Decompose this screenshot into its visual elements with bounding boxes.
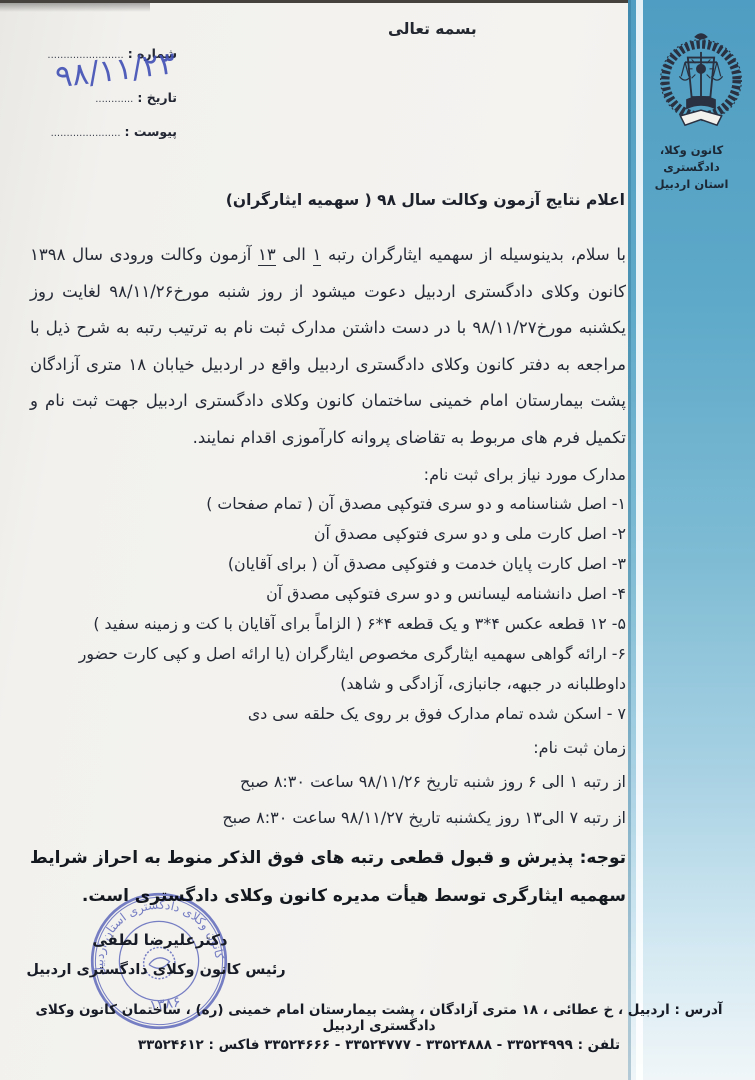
scan-corner-shade — [0, 3, 150, 12]
date-dotted-line: ............ — [95, 94, 133, 105]
intro-paragraph: با سلام، بدینوسیله از سهمیه ایثارگران رت… — [30, 237, 626, 456]
rank-to: ۱۳ — [258, 245, 276, 266]
list-item: ۳- اصل کارت پایان خدمت و فتوکپی مصدق آن … — [30, 549, 626, 579]
scanned-letter-page: کانون وکلا، دادگستری استان اردبیل بسمه ت… — [0, 0, 755, 1080]
footer-phone: تلفن : ۳۳۵۲۴۹۹۹ - ۳۳۵۲۴۸۸۸ - ۳۳۵۲۴۷۷۷ - … — [15, 1037, 743, 1053]
org-name: کانون وکلا، دادگستری استان اردبیل — [630, 142, 753, 193]
org-name-line2: استان اردبیل — [630, 176, 753, 193]
signatory-name: دکترعلیرضا لطفی — [60, 931, 260, 949]
letterhead-side-band: کانون وکلا، دادگستری استان اردبیل — [628, 0, 755, 1080]
date-field: تاریخ : ............ — [95, 90, 177, 105]
org-name-line1: کانون وکلا، دادگستری — [630, 142, 753, 176]
schedule-line: از رتبه ۱ الی ۶ روز شنبه تاریخ ۹۸/۱۱/۲۶ … — [30, 764, 626, 800]
date-label: تاریخ : — [137, 90, 177, 105]
signatory-role: رئیس کانون وکلای دادگستری اردبیل — [12, 962, 300, 978]
list-item: ۱- اصل شناسنامه و دو سری فتوکپی مصدق آن … — [30, 489, 626, 519]
bismillah-heading: بسمه تعالی — [388, 20, 477, 38]
letter-body: با سلام، بدینوسیله از سهمیه ایثارگران رت… — [30, 237, 626, 915]
documents-heading: مدارک مورد نیاز برای ثبت نام: — [30, 461, 626, 489]
attachment-field: پیوست : ...................... — [51, 124, 177, 139]
footer-address: آدرس : اردبیل ، خ عطائی ، ۱۸ متری آزادگا… — [15, 1002, 743, 1034]
schedule-line: از رتبه ۷ الی۱۳ روز یکشنبه تاریخ ۹۸/۱۱/۲… — [30, 800, 626, 836]
paragraph-part: الی — [276, 245, 313, 264]
paragraph-part: با سلام، بدینوسیله از سهمیه ایثارگران رت… — [321, 245, 626, 264]
list-item: ۵- ۱۲ قطعه عکس ۴*۳ و یک قطعه ۴*۶ ( الزام… — [30, 609, 626, 639]
attachment-dotted-line: ...................... — [51, 128, 121, 139]
bar-association-emblem-icon — [654, 28, 748, 136]
list-item: ۷ - اسکن شده تمام مدارک فوق بر روی یک حل… — [30, 699, 626, 729]
list-item: ۶- ارائه گواهی سهمیه ایثارگری مخصوص ایثا… — [30, 639, 626, 699]
list-item: ۴- اصل دانشنامه لیسانس و دو سری فتوکپی م… — [30, 579, 626, 609]
schedule-heading: زمان ثبت نام: — [30, 732, 626, 764]
list-item: ۲- اصل کارت ملی و دو سری فتوکپی مصدق آن — [30, 519, 626, 549]
letter-title: اعلام نتایج آزمون وکالت سال ۹۸ ( سهمیه ا… — [30, 191, 625, 209]
paragraph-part: آزمون وکالت ورودی سال ۱۳۹۸ کانون وکلای د… — [30, 245, 626, 447]
attachment-label: پیوست : — [124, 124, 177, 139]
